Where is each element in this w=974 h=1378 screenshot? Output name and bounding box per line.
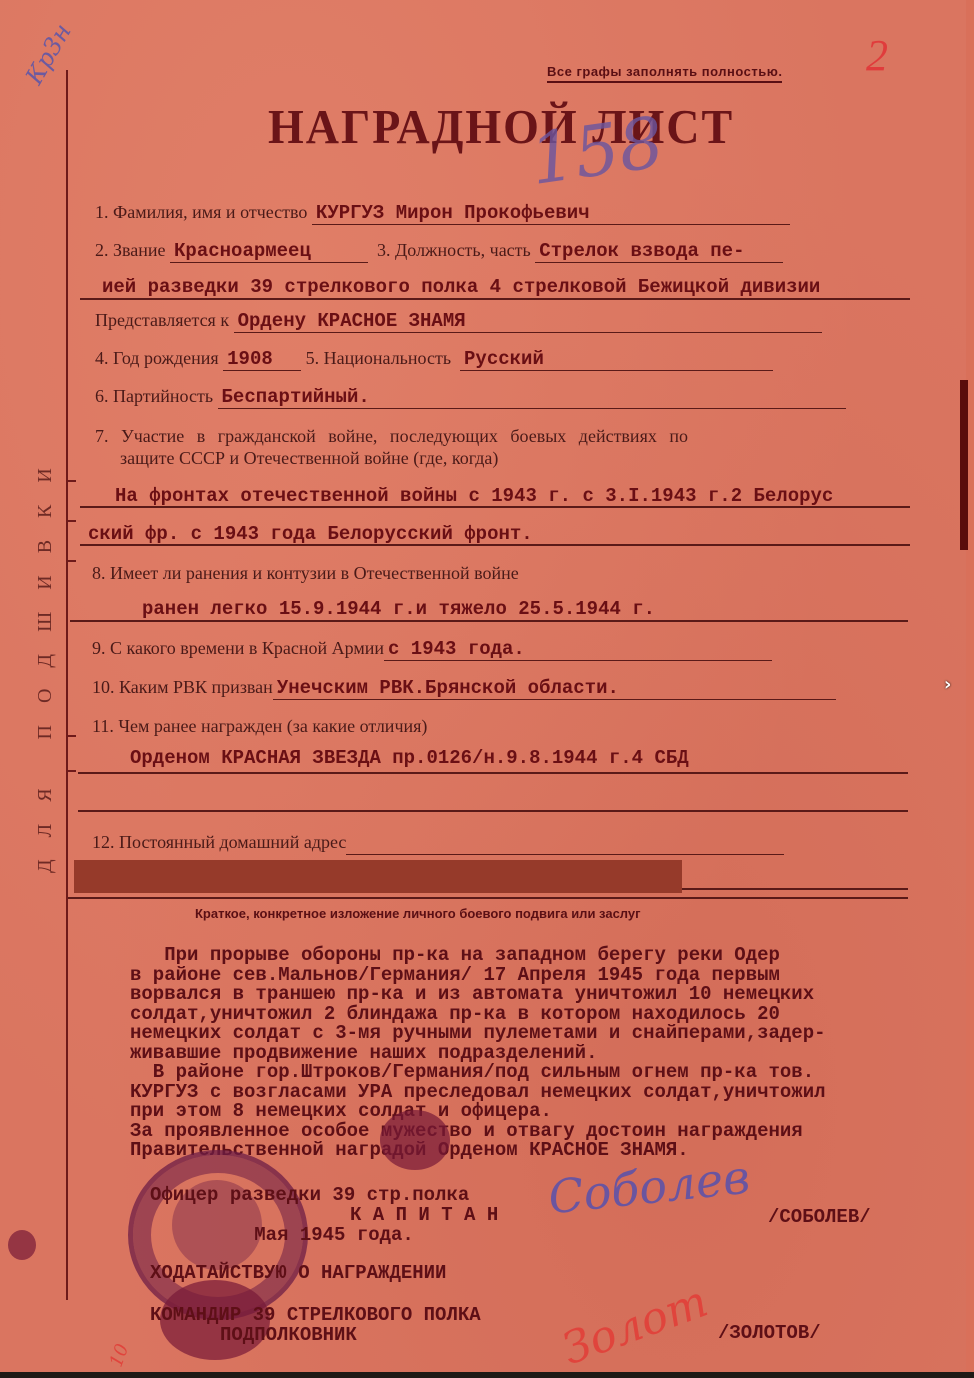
address-redaction [74,860,682,893]
handwritten-date-note: 10 [106,1341,134,1370]
fill-instruction: Все графы заполнять полностью. [547,64,782,83]
narrative-line: немецких солдат с 3-мя ручными пулеметам… [130,1024,950,1044]
rule [80,544,910,546]
field-participation-value: На фронтах отечественной войны с 1943 г.… [115,485,833,507]
officer-rank: К А П И Т А Н [350,1204,498,1226]
signing-date: Мая 1945 года. [220,1224,414,1246]
narrative-line: При прорыве обороны пр-ка на западном бе… [130,946,950,966]
adjacent-page-edge [960,380,968,550]
field-label: 1. Фамилия, имя и отчество [95,202,307,222]
field-value: КУРГУЗ Мирон Прокофьевич [312,202,790,225]
field-value: 1908 [223,348,301,371]
narrative-caption: Краткое, конкретное изложение личного бо… [195,906,641,921]
viewer-bottom-edge [0,1372,974,1378]
field-participation-label: 7. Участие в гражданской войне, последую… [95,426,688,447]
petition-text: ХОДАТАЙСТВУЮ О НАГРАЖДЕНИИ [150,1262,446,1284]
field-party: 6. Партийность Беспартийный. [95,386,846,409]
field-prior-awards-label: 11. Чем ранее награжден (за какие отличи… [92,716,427,737]
field-value [346,832,784,855]
commander-title: КОМАНДИР 39 СТРЕЛКОВОГО ПОЛКА [150,1304,481,1326]
field-birth-nationality: 4. Год рождения 1908 5. Национальность Р… [95,348,773,371]
field-value: с 1943 года. [384,638,772,661]
rule [80,298,910,300]
officer-title: Офицер разведки 39 стр.полка [150,1184,469,1206]
field-draft-office: 10. Каким РВК призванУнечским РВК.Брянск… [92,677,836,700]
field-label: Представляется к [95,310,229,330]
page-number: 2 [866,30,888,81]
field-value-continued: ией разведки 39 стрелкового полка 4 стре… [102,276,820,298]
field-value: Стрелок взвода пе- [535,240,783,263]
margin-tick [66,560,76,562]
field-value: Красноармеец [170,240,368,263]
field-wounds-value: ранен легко 15.9.1944 г.и тяжело 25.5.19… [142,598,655,620]
rule [78,810,908,812]
field-label: 12. Постоянный домашний адрес [92,832,346,852]
narrative-text: При прорыве обороны пр-ка на западном бе… [130,946,950,1161]
field-home-address: 12. Постоянный домашний адрес [92,832,784,855]
field-value: Русский [460,348,773,371]
field-label: 6. Партийность [95,386,213,406]
narrative-line: В районе гор.Штроков/Германия/под сильны… [130,1063,950,1083]
commander-handwritten-signature: Золот [556,1276,715,1375]
commander-rank: ПОДПОЛКОВНИК [220,1324,357,1346]
narrative-line: при этом 8 немецких солдат и офицера. [130,1102,950,1122]
field-full-name: 1. Фамилия, имя и отчество КУРГУЗ Мирон … [95,202,790,225]
field-service-since: 9. С какого времени в Красной Армиис 194… [92,638,772,661]
field-participation-label-2: защите СССР и Отечественной войне (где, … [120,448,498,469]
pencil-note: Кр3н [20,19,77,89]
document-title: НАГРАДНОЙ ЛИСТ [268,99,734,155]
field-participation-value-2: ский фр. с 1943 года Белорусский фронт. [88,523,533,545]
field-value: Беспартийный. [218,386,846,409]
award-sheet-page: ДЛЯ ПОДШИВКИ Кр3н Все графы заполнять по… [0,0,966,1372]
ink-blot [380,1110,450,1170]
field-label: 4. Год рождения [95,348,219,368]
binding-caption: ДЛЯ ПОДШИВКИ [34,330,56,990]
field-value: Унечским РВК.Брянской области. [273,677,836,700]
field-prior-awards-value: Орденом КРАСНАЯ ЗВЕЗДА пр.0126/н.9.8.194… [130,747,689,769]
field-label: 10. Каким РВК призван [92,677,273,697]
margin-tick [66,770,76,772]
ink-blot [8,1230,36,1260]
rule [68,897,908,899]
next-page-icon[interactable]: › [944,676,962,694]
field-award: Представляется к Ордену КРАСНОЕ ЗНАМЯ [95,310,822,333]
field-rank-position: 2. Звание Красноармеец 3. Должность, час… [95,240,783,263]
rule [70,620,908,622]
rule [80,506,910,508]
margin-tick [66,735,76,737]
commander-name: /ЗОЛОТОВ/ [718,1322,821,1344]
field-wounds-label: 8. Имеет ли ранения и контузии в Отечест… [92,563,519,584]
handwritten-number: 158 [525,101,669,201]
rule [682,888,908,890]
binding-margin-line [66,70,68,1300]
officer-name: /СОБОЛЕВ/ [768,1206,871,1228]
field-label: 2. Звание [95,240,166,260]
narrative-line: ворвался в траншею пр-ка и из автомата у… [130,985,950,1005]
margin-tick [66,480,76,482]
field-label: 5. Национальность [306,348,451,368]
field-value: Ордену КРАСНОЕ ЗНАМЯ [234,310,822,333]
field-label: 3. Должность, часть [377,240,531,260]
field-label: 9. С какого времени в Красной Армии [92,638,384,658]
rule [78,772,908,774]
margin-tick [66,520,76,522]
